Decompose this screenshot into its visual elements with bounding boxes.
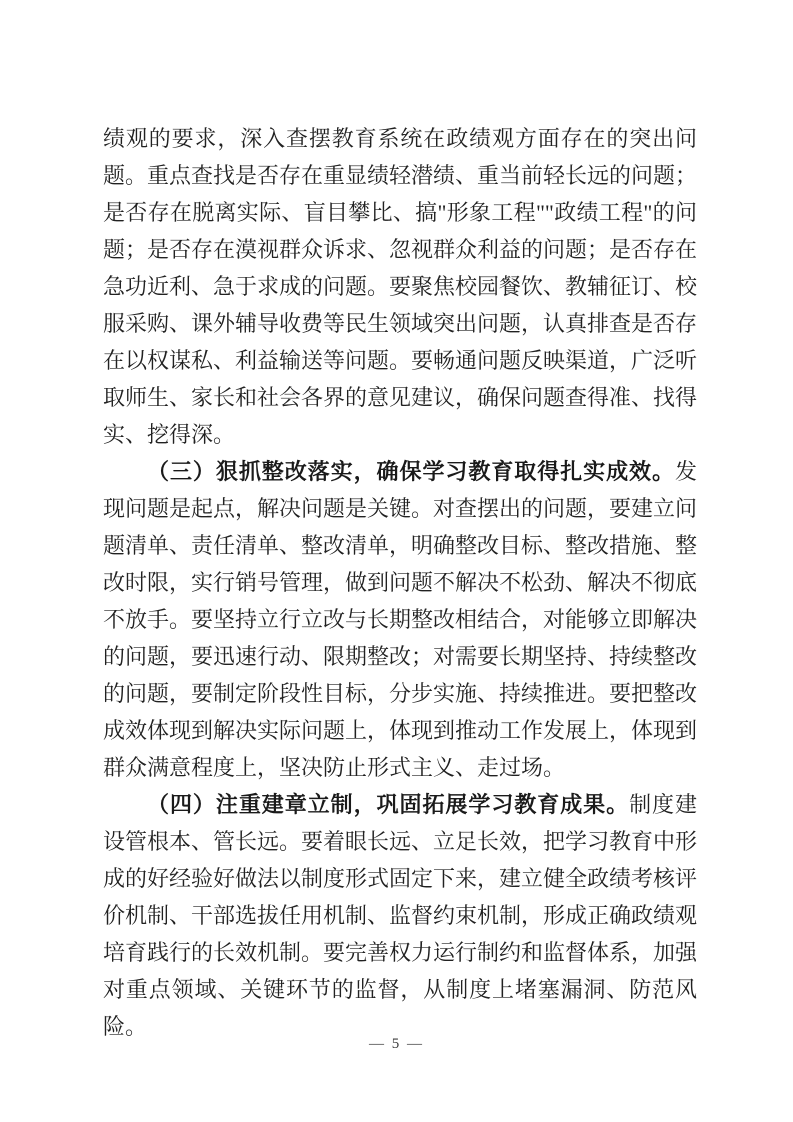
paragraph-continuation-text: 绩观的要求，深入查摆教育系统在政绩观方面存在的突出问题。重点查找是否存在重显绩轻… [103,126,697,447]
section-four-heading: （四）注重建章立制，巩固拓展学习教育成果。 [147,792,629,817]
section-four-body-text: 制度建设管根本、管长远。要着眼长远、立足长效，把学习教育中形成的好经验好做法以制… [103,792,697,1039]
paragraph-section-three: （三）狠抓整改落实，确保学习教育取得扎实成效。发现问题是起点，解决问题是关键。对… [103,453,697,786]
section-three-heading: （三）狠抓整改落实，确保学习教育取得扎实成效。 [147,459,675,484]
document-page: 绩观的要求，深入查摆教育系统在政绩观方面存在的突出问题。重点查找是否存在重显绩轻… [0,0,793,1122]
page-number: — 5 — [0,1033,793,1055]
paragraph-section-four: （四）注重建章立制，巩固拓展学习教育成果。制度建设管根本、管长远。要着眼长远、立… [103,786,697,1045]
paragraph-continuation: 绩观的要求，深入查摆教育系统在政绩观方面存在的突出问题。重点查找是否存在重显绩轻… [103,120,697,453]
section-three-body-text: 发现问题是起点，解决问题是关键。对查摆出的问题，要建立问题清单、责任清单、整改清… [103,459,697,780]
page-body-text: 绩观的要求，深入查摆教育系统在政绩观方面存在的突出问题。重点查找是否存在重显绩轻… [103,120,697,1045]
